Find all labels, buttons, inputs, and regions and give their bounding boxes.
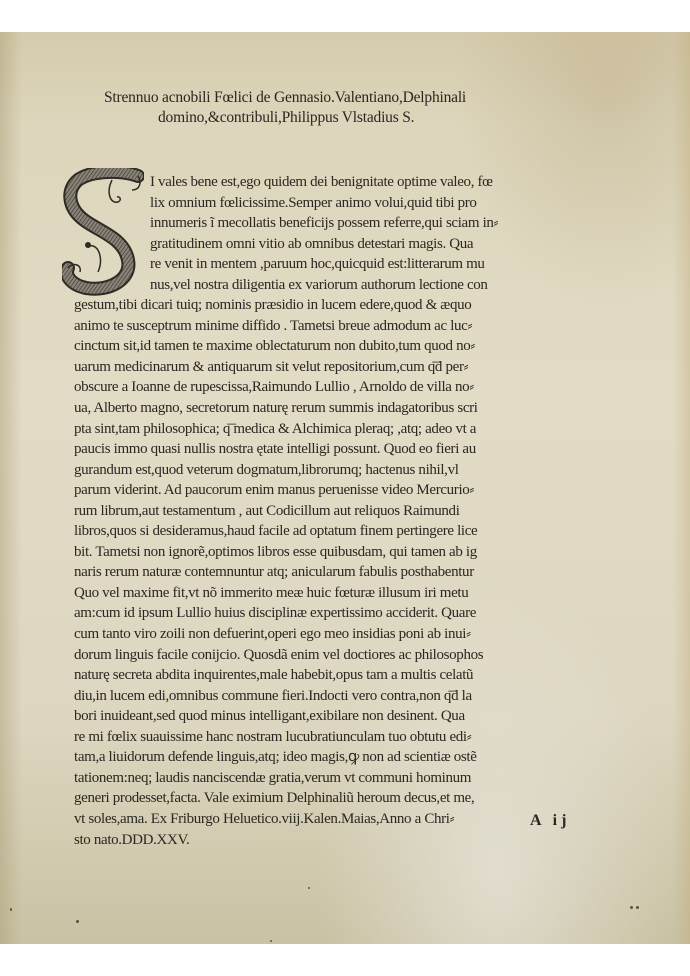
text-line: cinctum sit,id tamen te maxime oblectatu… (74, 336, 600, 357)
text-line: dorum linguis facile conijcio. Quosdã en… (74, 645, 600, 666)
text-line: libros,quos si desideramus,haud facile a… (74, 521, 600, 542)
paper-speck (76, 920, 79, 923)
book-page: Strennuo acnobili Fœlici de Gennasio.Val… (0, 32, 690, 944)
dedication-heading: Strennuo acnobili Fœlici de Gennasio.Val… (104, 88, 574, 128)
text-line: gestum,tibi dicari tuiq; nominis præsidi… (74, 295, 600, 316)
text-line: naturę secreta abdita inquirentes,male h… (74, 665, 600, 686)
text-line: gurandum est,quod veterum dogmatum,libro… (74, 460, 600, 481)
text-line: naris rerum naturæ contemnuntur atq; ani… (74, 562, 600, 583)
heading-line-1: Strennuo acnobili Fœlici de Gennasio.Val… (104, 88, 574, 108)
text-line: ua, Alberto magno, secretorum naturę rer… (74, 398, 600, 419)
paper-speck (308, 887, 310, 889)
text-line: tam,a liuidorum defende linguis,atq; ide… (74, 747, 600, 768)
text-line: paucis immo quasi nullis nostra ętate in… (74, 439, 600, 460)
text-line: sto nato.DDD.XXV. (74, 830, 600, 851)
text-line: generi prodesset,facta. Vale eximium Del… (74, 788, 600, 809)
letter-body: I vales bene est,ego quidem dei benignit… (74, 172, 600, 850)
text-line: lix omnium fœlicissime.Semper animo volu… (74, 193, 600, 214)
text-line: uarum medicinarum & antiquarum sit velut… (74, 357, 600, 378)
text-line: tationem:neq; laudis nanciscendæ gratia,… (74, 768, 600, 789)
text-line: pta sint,tam philosophica; q͞ medica & A… (74, 419, 600, 440)
text-line: animo te susceptrum minime diffido . Tam… (74, 316, 600, 337)
text-line: rum librum,aut testamentum , aut Codicil… (74, 501, 600, 522)
text-line: bit. Tametsi non ignorẽ,optimos libros e… (74, 542, 600, 563)
paper-speck (10, 908, 12, 911)
paper-speck (636, 906, 639, 909)
text-line: am:cum id ipsum Lullio huius disciplinæ … (74, 603, 600, 624)
text-line: bori inuideant,sed quod minus intelligan… (74, 706, 600, 727)
paper-speck (630, 906, 633, 909)
text-line: re mi fœlix suauissime hanc nostram lucu… (74, 727, 600, 748)
text-line: Quo vel maxime fit,vt nõ immerito meæ hu… (74, 583, 600, 604)
text-line: I vales bene est,ego quidem dei benignit… (74, 172, 600, 193)
text-line: cum tanto viro zoili non defuerint,operi… (74, 624, 600, 645)
heading-line-2: domino,&contribuli,Philippus Vlstadius S… (104, 108, 574, 128)
text-line: diu,in lucem edi,omnibus commune fieri.I… (74, 686, 600, 707)
text-line: vt soles,ama. Ex Friburgo Heluetico.viij… (74, 809, 600, 830)
signature-mark: A ij (530, 812, 570, 830)
text-line: obscure a Ioanne de rupescissa,Raimundo … (74, 377, 600, 398)
paper-speck (270, 940, 272, 942)
text-line: nus,vel nostra diligentia ex variorum au… (74, 275, 600, 296)
text-line: innumeris ĩ mecollatis beneficijs possem… (74, 213, 600, 234)
text-line: re venit in mentem ,paruum hoc,quicquid … (74, 254, 600, 275)
text-line: gratitudinem omni vitio ab omnibus detes… (74, 234, 600, 255)
text-line: parum viderint. Ad paucorum enim manus p… (74, 480, 600, 501)
